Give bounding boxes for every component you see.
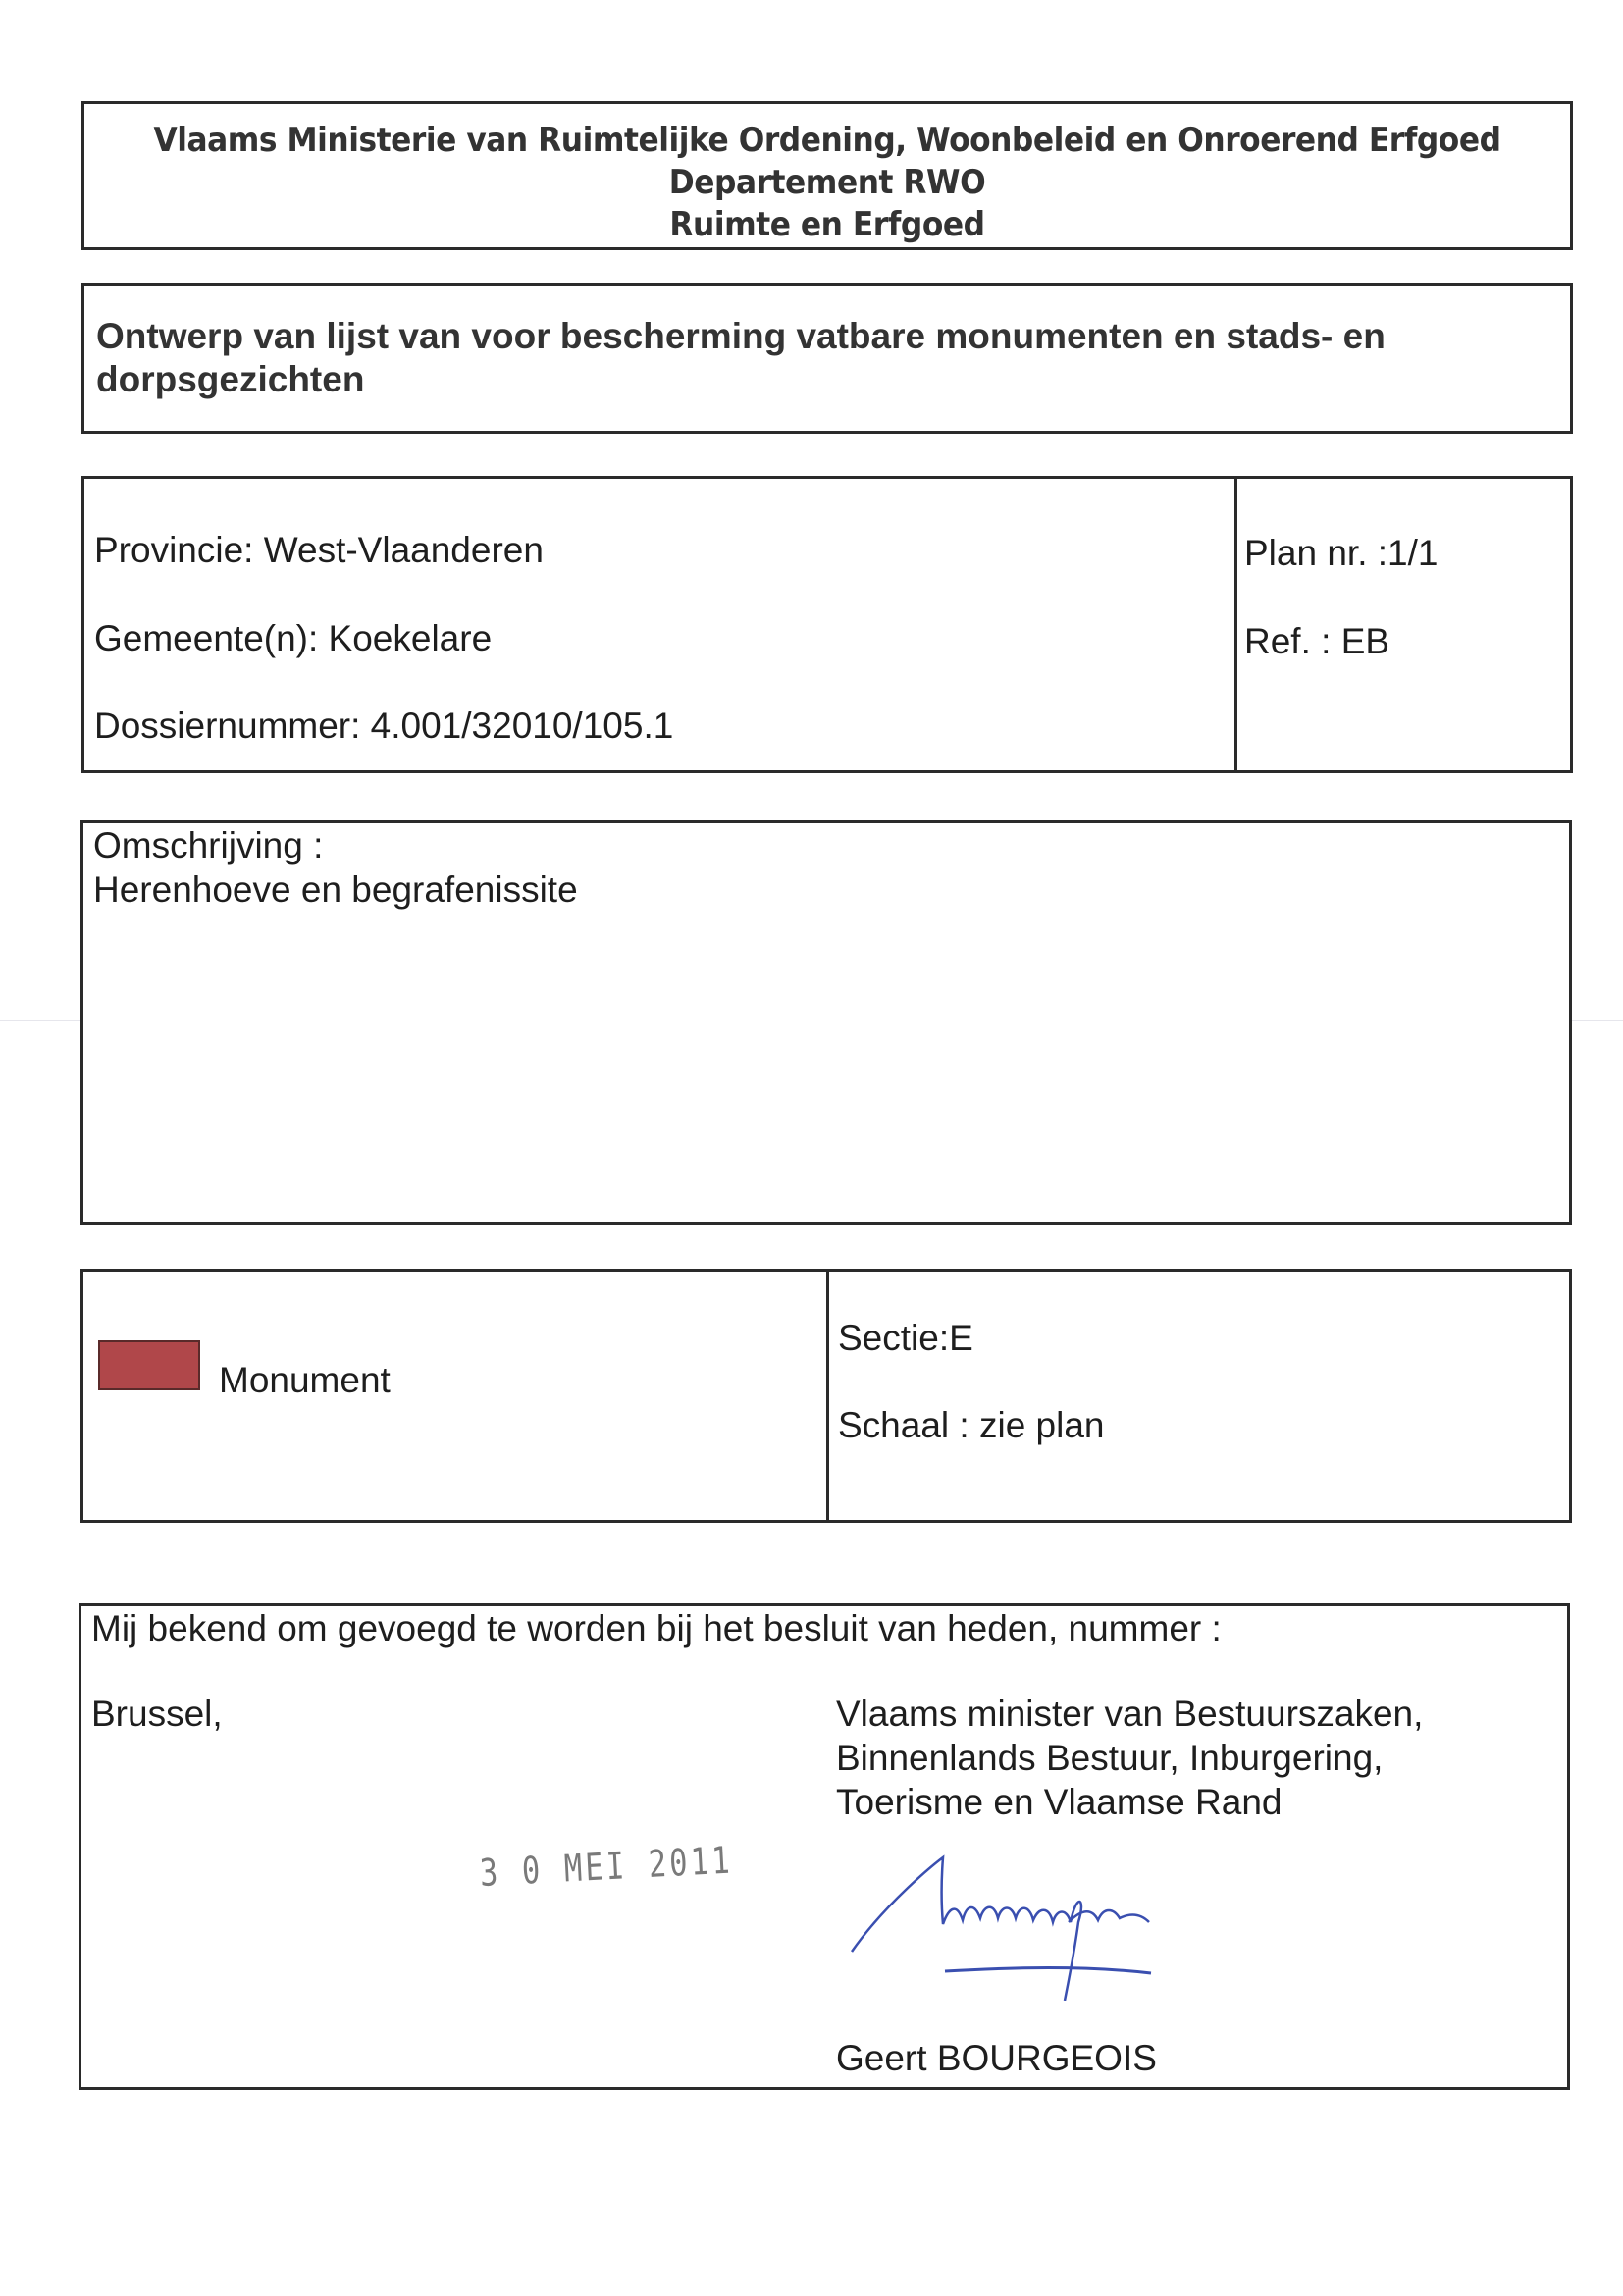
provincie-field: Provincie: West-Vlaanderen (94, 530, 544, 571)
description-label: Omschrijving : (93, 825, 323, 866)
sectie-field: Sectie:E (838, 1318, 973, 1359)
ministry-name: Vlaams Ministerie van Ruimtelijke Ordeni… (144, 120, 1511, 162)
legend-monument-label: Monument (219, 1360, 391, 1401)
title-line-2: dorpsgezichten (96, 358, 1570, 401)
approval-statement: Mij bekend om gevoegd te worden bij het … (91, 1608, 1222, 1649)
legend-box: Monument Sectie:E Schaal : zie plan (80, 1269, 1572, 1523)
signature-box: Mij bekend om gevoegd te worden bij het … (79, 1603, 1570, 2090)
schaal-field: Schaal : zie plan (838, 1405, 1105, 1446)
description-box: Omschrijving : Herenhoeve en begrafeniss… (80, 820, 1572, 1225)
department-name: Departement RWO (144, 162, 1511, 204)
gemeente-field: Gemeente(n): Koekelare (94, 618, 492, 659)
minister-title-line-3: Toerisme en Vlaamse Rand (836, 1782, 1283, 1823)
legend-divider (826, 1272, 829, 1520)
signatory-name: Geert BOURGEOIS (836, 2038, 1157, 2079)
reference-field: Ref. : EB (1244, 621, 1389, 662)
ministry-header: Vlaams Ministerie van Ruimtelijke Ordeni… (81, 101, 1573, 250)
title-line-1: Ontwerp van lijst van voor bescherming v… (96, 315, 1570, 358)
description-value: Herenhoeve en begrafenissite (93, 869, 578, 911)
place-label: Brussel, (91, 1694, 223, 1735)
date-stamp: 3 0 MEI 2011 (479, 1839, 734, 1895)
document-title: Ontwerp van lijst van voor bescherming v… (81, 283, 1573, 434)
plan-number-field: Plan nr. :1/1 (1244, 533, 1438, 574)
location-info-box: Provincie: West-Vlaanderen Gemeente(n): … (81, 476, 1573, 773)
monument-color-swatch (98, 1340, 200, 1390)
handwritten-signature (847, 1853, 1318, 2001)
info-divider (1234, 479, 1237, 770)
dossier-number-field: Dossiernummer: 4.001/32010/105.1 (94, 705, 673, 747)
minister-title-line-1: Vlaams minister van Bestuurszaken, (836, 1694, 1423, 1735)
minister-title-line-2: Binnenlands Bestuur, Inburgering, (836, 1738, 1383, 1779)
division-name: Ruimte en Erfgoed (144, 204, 1511, 246)
